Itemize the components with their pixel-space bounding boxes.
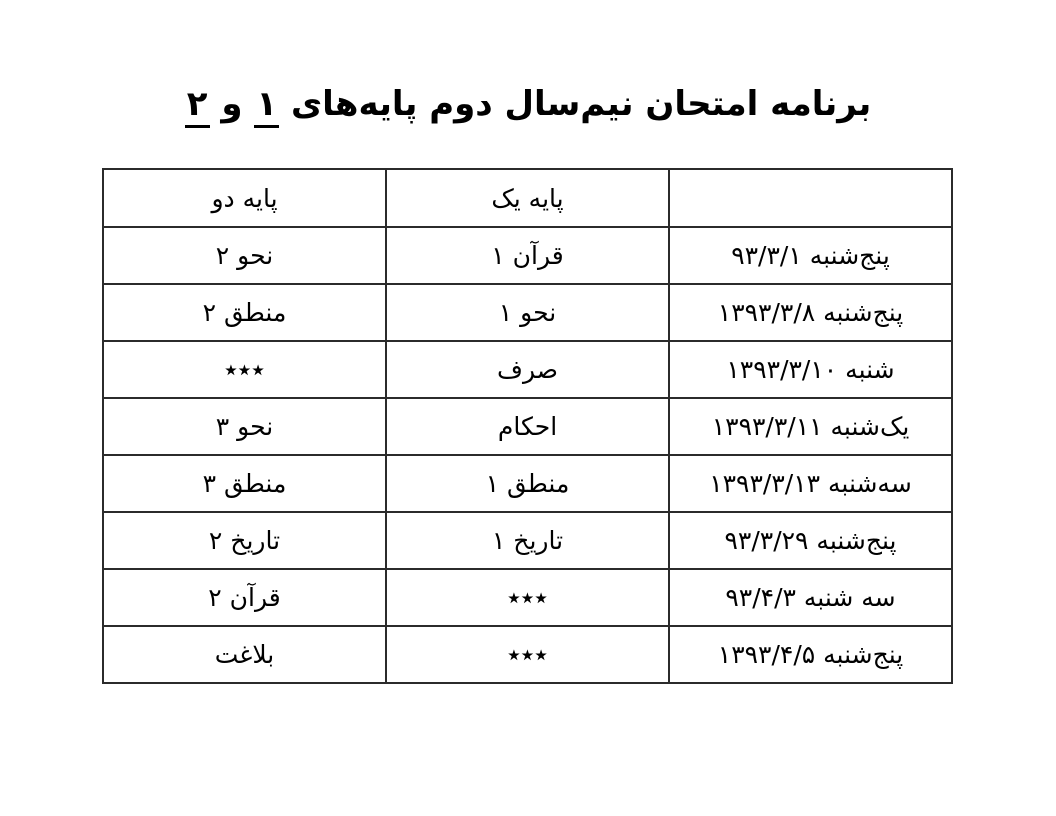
date-cell: یک‌شنبه ۱۳۹۳/۳/۱۱ [669, 398, 952, 455]
table-row: سه شنبه ۹۳/۴/۳ ٭٭٭ قرآن ۲ [103, 569, 952, 626]
grade1-subject-cell: قرآن ۱ [386, 227, 669, 284]
header-grade2-cell: پایه دو [103, 169, 386, 227]
header-date-cell [669, 169, 952, 227]
grade2-subject-cell: بلاغت [103, 626, 386, 683]
date-cell: شنبه ۱۳۹۳/۳/۱۰ [669, 341, 952, 398]
grade2-subject-cell: ٭٭٭ [103, 341, 386, 398]
date-cell: پنج‌شنبه ۱۳۹۳/۴/۵ [669, 626, 952, 683]
grade1-subject-cell: احکام [386, 398, 669, 455]
table-row: شنبه ۱۳۹۳/۳/۱۰ صرف ٭٭٭ [103, 341, 952, 398]
grade2-subject-cell: نحو ۳ [103, 398, 386, 455]
date-cell: پنج‌شنبه ۹۳/۳/۲۹ [669, 512, 952, 569]
exam-schedule-table: پایه یک پایه دو پنج‌شنبه ۹۳/۳/۱ قرآن ۱ ن… [102, 168, 953, 684]
grade2-subject-cell: منطق ۲ [103, 284, 386, 341]
grade1-subject-cell: ٭٭٭ [386, 569, 669, 626]
grade1-subject-cell: منطق ۱ [386, 455, 669, 512]
grade1-subject-cell: تاریخ ۱ [386, 512, 669, 569]
table-row: پنج‌شنبه ۱۳۹۳/۴/۵ ٭٭٭ بلاغت [103, 626, 952, 683]
title-text: برنامه امتحان نیم‌سال دوم پایه‌های [291, 84, 871, 124]
grade2-subject-cell: نحو ۲ [103, 227, 386, 284]
grade1-subject-cell: ٭٭٭ [386, 626, 669, 683]
grade2-subject-cell: تاریخ ۲ [103, 512, 386, 569]
table-row: پنج‌شنبه ۹۳/۳/۱ قرآن ۱ نحو ۲ [103, 227, 952, 284]
date-cell: سه شنبه ۹۳/۴/۳ [669, 569, 952, 626]
date-cell: پنج‌شنبه ۹۳/۳/۱ [669, 227, 952, 284]
page-title: برنامه امتحان نیم‌سال دوم پایه‌های ۱ و ۲ [0, 82, 1056, 126]
document-page: برنامه امتحان نیم‌سال دوم پایه‌های ۱ و ۲… [0, 0, 1056, 816]
title-grade2-number: ۲ [185, 84, 210, 128]
title-grade1-number: ۱ [254, 84, 279, 128]
date-cell: پنج‌شنبه ۱۳۹۳/۳/۸ [669, 284, 952, 341]
table-header-row: پایه یک پایه دو [103, 169, 952, 227]
date-cell: سه‌شنبه ۱۳۹۳/۳/۱۳ [669, 455, 952, 512]
table-row: سه‌شنبه ۱۳۹۳/۳/۱۳ منطق ۱ منطق ۳ [103, 455, 952, 512]
table-row: پنج‌شنبه ۹۳/۳/۲۹ تاریخ ۱ تاریخ ۲ [103, 512, 952, 569]
title-conjunction: و [221, 84, 242, 124]
header-grade1-cell: پایه یک [386, 169, 669, 227]
grade2-subject-cell: قرآن ۲ [103, 569, 386, 626]
table-row: یک‌شنبه ۱۳۹۳/۳/۱۱ احکام نحو ۳ [103, 398, 952, 455]
grade1-subject-cell: صرف [386, 341, 669, 398]
table-row: پنج‌شنبه ۱۳۹۳/۳/۸ نحو ۱ منطق ۲ [103, 284, 952, 341]
grade1-subject-cell: نحو ۱ [386, 284, 669, 341]
grade2-subject-cell: منطق ۳ [103, 455, 386, 512]
